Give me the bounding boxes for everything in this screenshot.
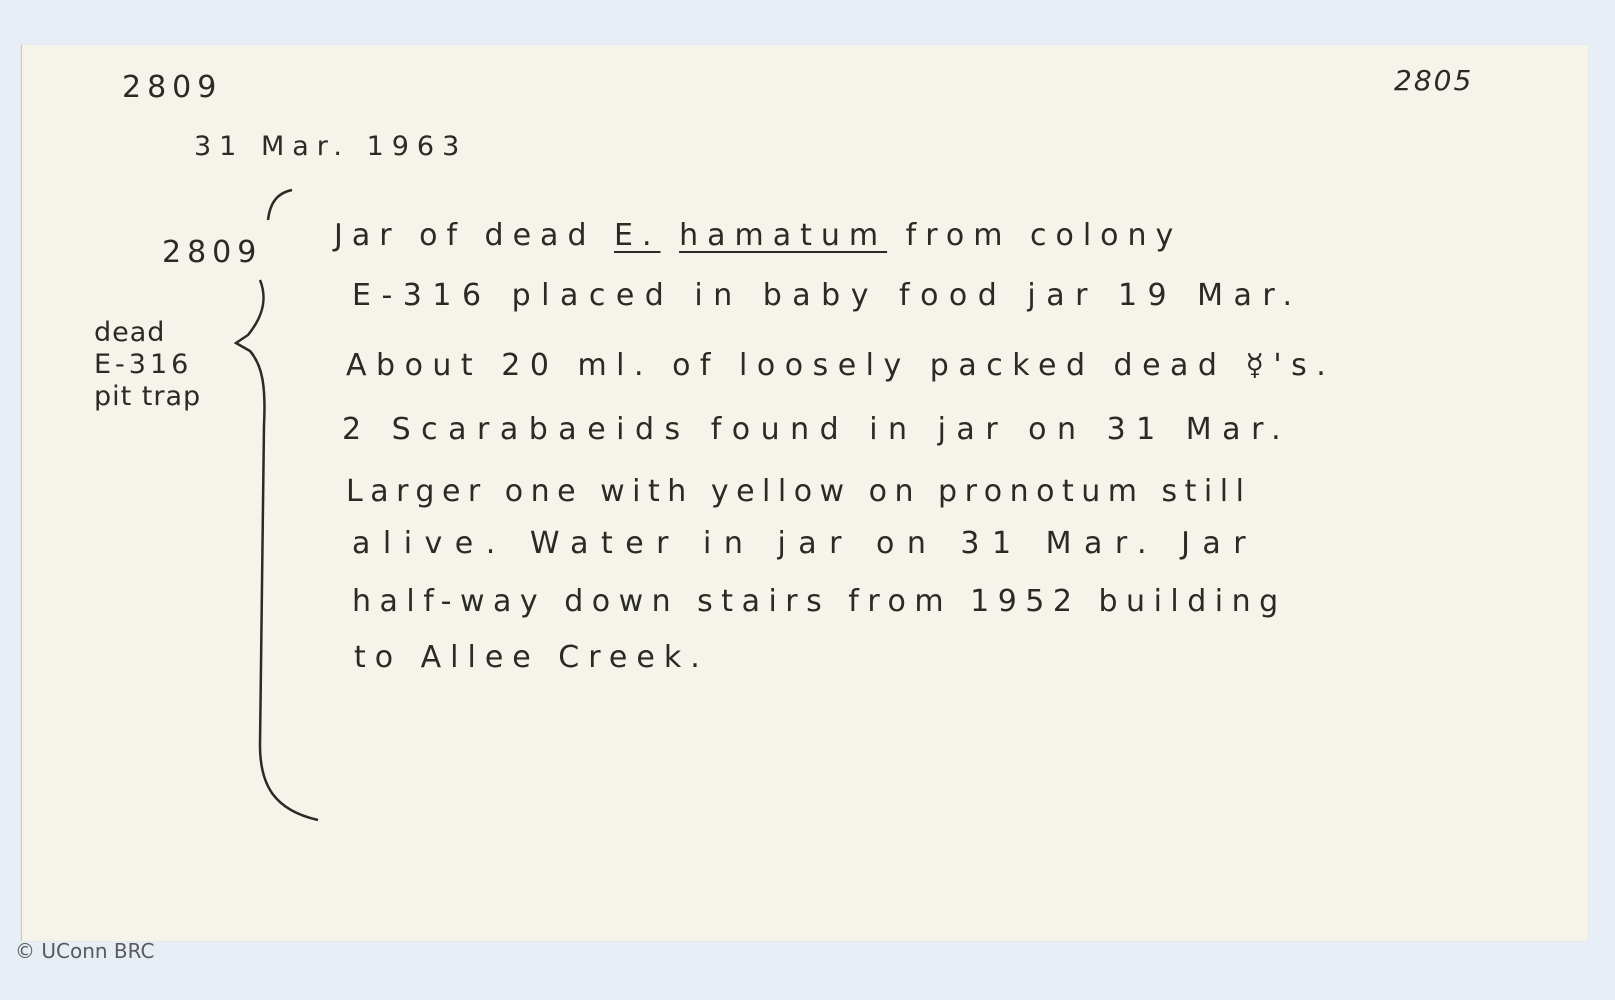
index-card: 2809 2805 31 Mar. 1963 2809 dead E-316 p… <box>21 45 1588 941</box>
entry-number: 2809 <box>162 238 262 268</box>
note-line-6: alive. Water in jar on 31 Mar. Jar <box>352 529 1258 559</box>
note-line-1: Jar of dead E. hamatum from colony <box>334 221 1182 251</box>
card-number-top-left: 2809 <box>122 73 222 103</box>
card-number-top-right: 2805 <box>1394 67 1473 95</box>
note-line-5: Larger one with yellow on pronotum still <box>346 477 1251 507</box>
entry-date: 31 Mar. 1963 <box>194 133 467 160</box>
margin-note-line: E-316 <box>94 349 201 381</box>
copyright-label: © UConn BRC <box>15 939 155 963</box>
note-line-8: to Allee Creek. <box>354 643 709 673</box>
margin-note: dead E-316 pit trap <box>94 317 201 413</box>
note-line-2: E-316 placed in baby food jar 19 Mar. <box>352 281 1303 311</box>
species-name: hamatum <box>679 218 887 253</box>
note-line-7: half-way down stairs from 1952 building <box>352 587 1287 617</box>
margin-note-line: pit trap <box>94 381 201 413</box>
note-text: from colony <box>887 218 1182 253</box>
note-line-3: About 20 ml. of loosely packed dead ☿'s. <box>346 351 1335 381</box>
genus-abbrev: E. <box>614 218 661 253</box>
margin-note-line: dead <box>94 317 201 349</box>
curly-brace-icon <box>22 45 362 845</box>
note-line-4: 2 Scarabaeids found in jar on 31 Mar. <box>342 415 1291 445</box>
note-text: Jar of dead <box>334 218 614 253</box>
